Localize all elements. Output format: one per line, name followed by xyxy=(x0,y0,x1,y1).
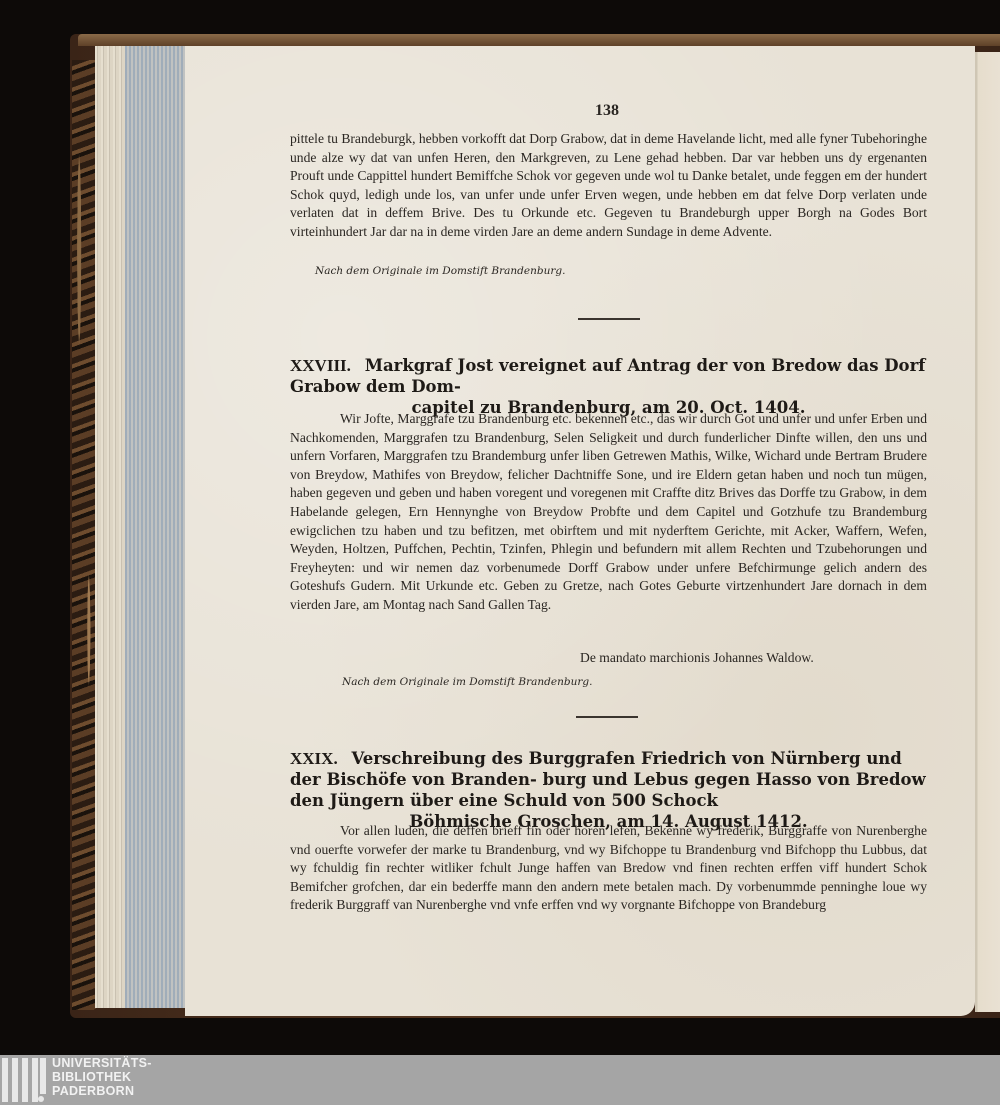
source-note-2: Nach dem Originale im Domstift Brandenbu… xyxy=(342,676,592,688)
document-title-line1: Markgraf Jost vereignet auf Antrag der v… xyxy=(290,356,925,396)
continuation-text: pittele tu Brandeburgk, hebben vorkofft … xyxy=(290,130,927,242)
document-body-xxix: Vor allen luden, die deffen brieff fin o… xyxy=(290,822,927,915)
document-numeral: XXVIII. xyxy=(290,356,351,375)
book-cover-top-edge xyxy=(78,34,1000,46)
section-divider xyxy=(578,318,640,320)
document-signature: De mandato marchionis Johannes Waldow. xyxy=(580,650,814,666)
document-body-xxviii: Wir Jofte, Marggrafe tzu Brandenburg etc… xyxy=(290,410,927,615)
document-heading-xxviii: XXVIII. Markgraf Jost vereignet auf Antr… xyxy=(290,355,927,418)
section-divider xyxy=(576,716,638,718)
logo-line1: UNIVERSITÄTS- xyxy=(52,1056,152,1070)
page-number: 138 xyxy=(595,102,619,120)
document-numeral: XXIX. xyxy=(290,749,338,768)
document-paragraph: Vor allen luden, die deffen brieff fin o… xyxy=(290,822,927,915)
page-stack-edges xyxy=(95,46,187,1008)
logo-line3: PADERBORN xyxy=(52,1084,152,1098)
logo-dot-icon xyxy=(38,1096,44,1102)
logo-line2: BIBLIOTHEK xyxy=(52,1070,152,1084)
facing-page-edge xyxy=(975,52,1000,1012)
marbled-binding xyxy=(72,60,96,1010)
source-note-1: Nach dem Originale im Domstift Brandenbu… xyxy=(315,265,565,277)
document-paragraph: Wir Jofte, Marggrafe tzu Brandenburg etc… xyxy=(290,410,927,615)
document-heading-xxix: XXIX. Verschreibung des Burggrafen Fried… xyxy=(290,748,927,832)
library-logo-text: UNIVERSITÄTS- BIBLIOTHEK PADERBORN xyxy=(52,1056,152,1098)
page-edge-tint xyxy=(125,46,187,1008)
continuation-paragraph: pittele tu Brandeburgk, hebben vorkofft … xyxy=(290,130,927,242)
